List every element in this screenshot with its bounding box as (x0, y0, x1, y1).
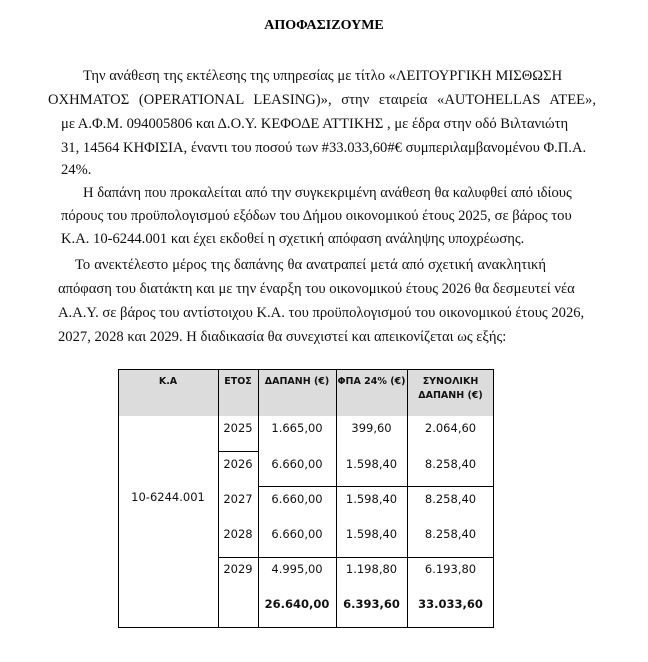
total-vat: 6.393,60 (336, 597, 407, 611)
table-border-top (118, 369, 494, 370)
header-expense: ΔΑΠΑΝΗ (€) (258, 375, 336, 389)
paragraph-1-line-4: 31, 14564 ΚΗΦΙΣΙΑ, έναντι του ποσού των … (61, 139, 547, 157)
paragraph-3-line-2: απόφαση του διατάκτη και με την έναρξη τ… (58, 280, 546, 298)
row-year: 2029 (218, 562, 258, 576)
row-total: 8.258,40 (407, 492, 494, 506)
total-expense: 26.640,00 (258, 597, 336, 611)
paragraph-3-line-3: Α.Α.Υ. σε βάρος του αντίστοιχου Κ.Α. του… (58, 304, 546, 322)
column-divider (407, 369, 408, 628)
account-code-cell: 10-6244.001 (118, 490, 218, 504)
row-vat: 1.598,40 (336, 492, 407, 506)
row-expense: 6.660,00 (258, 492, 336, 506)
row-divider (218, 557, 494, 558)
table-border-right (493, 369, 494, 628)
header-vat: ΦΠΑ 24% (€) (336, 375, 407, 389)
paragraph-3-line-4: 2027, 2028 και 2029. Η διαδικασία θα συν… (58, 328, 506, 346)
column-divider (258, 369, 259, 628)
header-total-line-1: ΣΥΝΟΛΙΚΗ (407, 375, 494, 389)
table-border-left (118, 369, 119, 628)
row-vat: 1.598,40 (336, 457, 407, 471)
row-year: 2025 (218, 421, 258, 435)
row-total: 8.258,40 (407, 527, 494, 541)
header-year: ΕΤΟΣ (218, 375, 258, 389)
row-divider (258, 486, 494, 487)
total-sum: 33.033,60 (407, 597, 494, 611)
row-year: 2028 (218, 527, 258, 541)
row-vat: 1.598,40 (336, 527, 407, 541)
table-border-bottom (118, 627, 494, 628)
row-vat: 1.198,80 (336, 562, 407, 576)
row-expense: 6.660,00 (258, 457, 336, 471)
paragraph-1-line-1: Την ανάθεση της εκτέλεσης της υπηρεσίας … (83, 67, 497, 85)
row-total: 2.064,60 (407, 421, 494, 435)
paragraph-2-line-2: πόρους του προϋπολογισμού εξόδων του Δήμ… (61, 207, 547, 225)
row-expense: 6.660,00 (258, 527, 336, 541)
header-ka: Κ.Α (118, 375, 218, 389)
row-year: 2027 (218, 492, 258, 506)
row-expense: 4.995,00 (258, 562, 336, 576)
expense-table: Κ.Α ΕΤΟΣ ΔΑΠΑΝΗ (€) ΦΠΑ 24% (€) ΣΥΝΟΛΙΚΗ… (118, 369, 494, 628)
page-heading: ΑΠΟΦΑΣΙΖΟΥΜΕ (0, 18, 648, 34)
paragraph-1-line-2: ΟΧΗΜΑΤΟΣ (OPERATIONAL LEASING)», στην ετ… (48, 91, 596, 109)
paragraph-1-line-5: 24%. (61, 161, 91, 179)
paragraph-2-line-3: Κ.Α. 10-6244.001 και έχει εκδοθεί η σχετ… (61, 230, 524, 248)
header-total-line-2: ΔΑΠΑΝΗ (€) (407, 389, 494, 403)
paragraph-1-line-3: με Α.Φ.Μ. 094005806 και Δ.Ο.Υ. ΚΕΦΟΔΕ ΑΤ… (61, 115, 547, 133)
column-divider (336, 369, 337, 628)
row-expense: 1.665,00 (258, 421, 336, 435)
row-divider (218, 451, 258, 452)
paragraph-2-line-1: Η δαπάνη που προκαλείται από την συγκεκρ… (83, 184, 547, 202)
row-total: 8.258,40 (407, 457, 494, 471)
row-vat: 399,60 (336, 421, 407, 435)
paragraph-3-line-1: Το ανεκτέλεστο μέρος της δαπάνης θα ανατ… (75, 256, 546, 274)
row-total: 6.193,80 (407, 562, 494, 576)
document-page: ΑΠΟΦΑΣΙΖΟΥΜΕ Την ανάθεση της εκτέλεσης τ… (0, 0, 648, 662)
header-total: ΣΥΝΟΛΙΚΗ ΔΑΠΑΝΗ (€) (407, 375, 494, 403)
row-year: 2026 (218, 457, 258, 471)
column-divider (218, 369, 219, 628)
